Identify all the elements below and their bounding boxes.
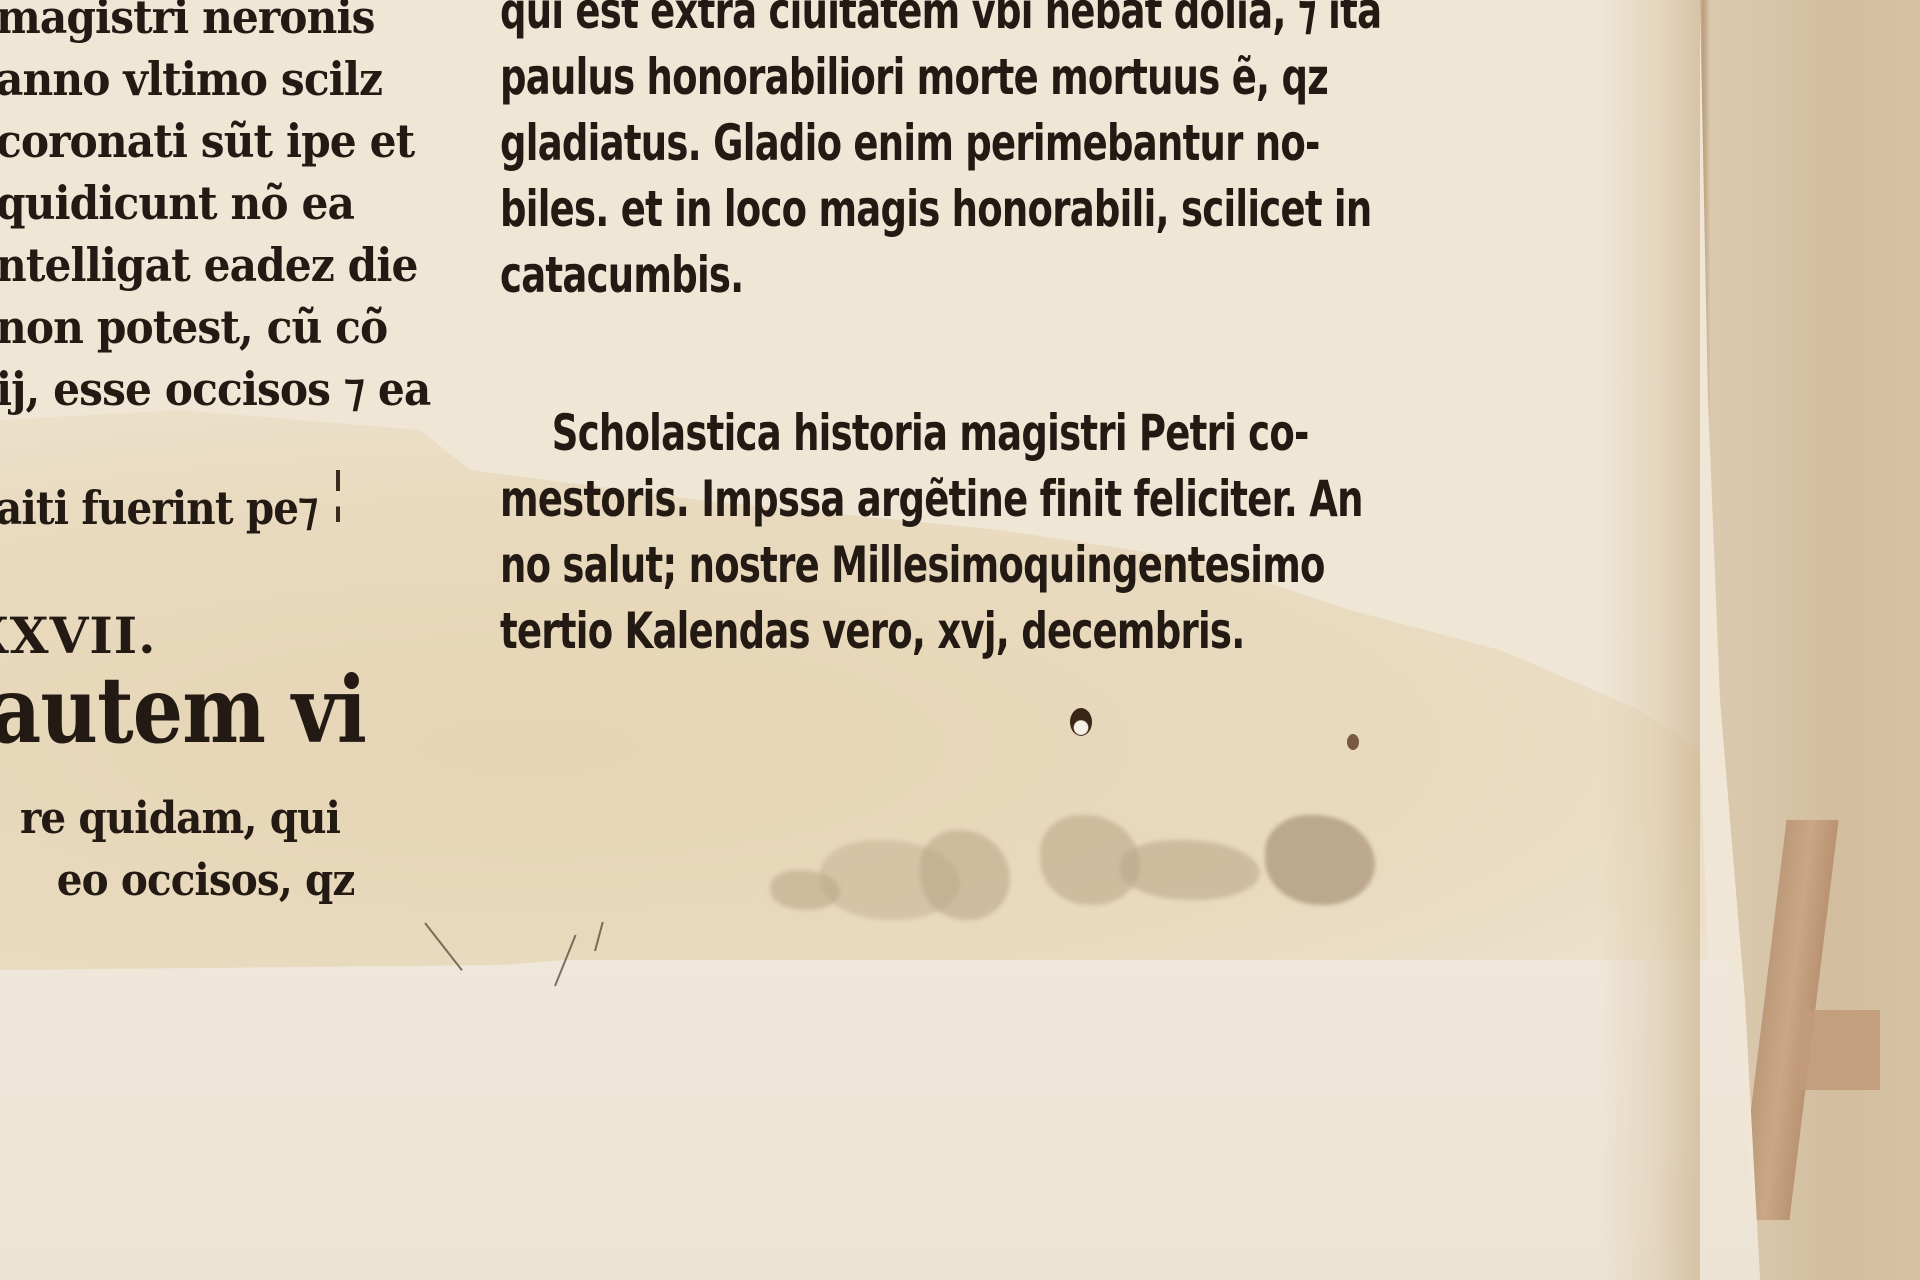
printed-page: magistri neronis anno vltimo scilz coron… — [0, 0, 1760, 1280]
text-line: coronati sũt ipe et — [0, 110, 430, 172]
text-line: non potest, cũ cõ — [0, 296, 430, 358]
text-line: qui est extra ciuitatem vbi hebat dolia,… — [500, 0, 1381, 44]
wormhole-small — [1347, 734, 1359, 750]
colophon-line: Scholastica historia magistri Petri co- — [500, 400, 1363, 466]
left-column-text: magistri neronis anno vltimo scilz coron… — [0, 0, 468, 420]
text-line: magistri neronis — [0, 0, 430, 48]
text-line: paulus honorabiliori morte mortuus ẽ, qz — [500, 44, 1381, 110]
text-line: anno vltimo scilz — [0, 48, 430, 110]
text-line: aiti fuerint pe⁊ — [0, 478, 317, 538]
text-line: ij, esse occisos ⁊ ea — [0, 358, 430, 420]
text-line: re quidam, qui — [20, 788, 355, 850]
wormhole — [1070, 708, 1092, 736]
paper-repair-area — [0, 960, 1760, 1280]
text-line: biles. et in loco magis honorabili, scil… — [500, 176, 1381, 242]
colophon-line: no salut; nostre Millesimoquingentesimo — [500, 532, 1363, 598]
colophon-line: tertio Kalendas vero, xvj, decembris. — [500, 598, 1363, 664]
colophon: Scholastica historia magistri Petri co- … — [500, 400, 1666, 664]
left-column-lower-text: re quidam, qui eo occisos, qz — [20, 788, 384, 912]
chapter-heading-text: autem vi — [0, 660, 366, 760]
book-photo: magistri neronis anno vltimo scilz coron… — [0, 0, 1920, 1280]
text-line: eo occisos, qz — [20, 850, 355, 912]
chapter-heading: autem vi — [0, 660, 427, 760]
text-line: catacumbis. — [500, 242, 1381, 308]
left-column-fragment: aiti fuerint pe⁊ — [0, 478, 361, 538]
binding-leather-tab — [1800, 1010, 1880, 1090]
text-line: gladiatus. Gladio enim perimebantur no- — [500, 110, 1381, 176]
text-line: ntelligat eadez die — [0, 234, 430, 296]
text-line: quidicunt nõ ea — [0, 172, 430, 234]
right-column-text: qui est extra ciuitatem vbi hebat dolia,… — [500, 0, 1691, 308]
colophon-line: mestoris. Impssa argẽtine finit felicite… — [500, 466, 1363, 532]
